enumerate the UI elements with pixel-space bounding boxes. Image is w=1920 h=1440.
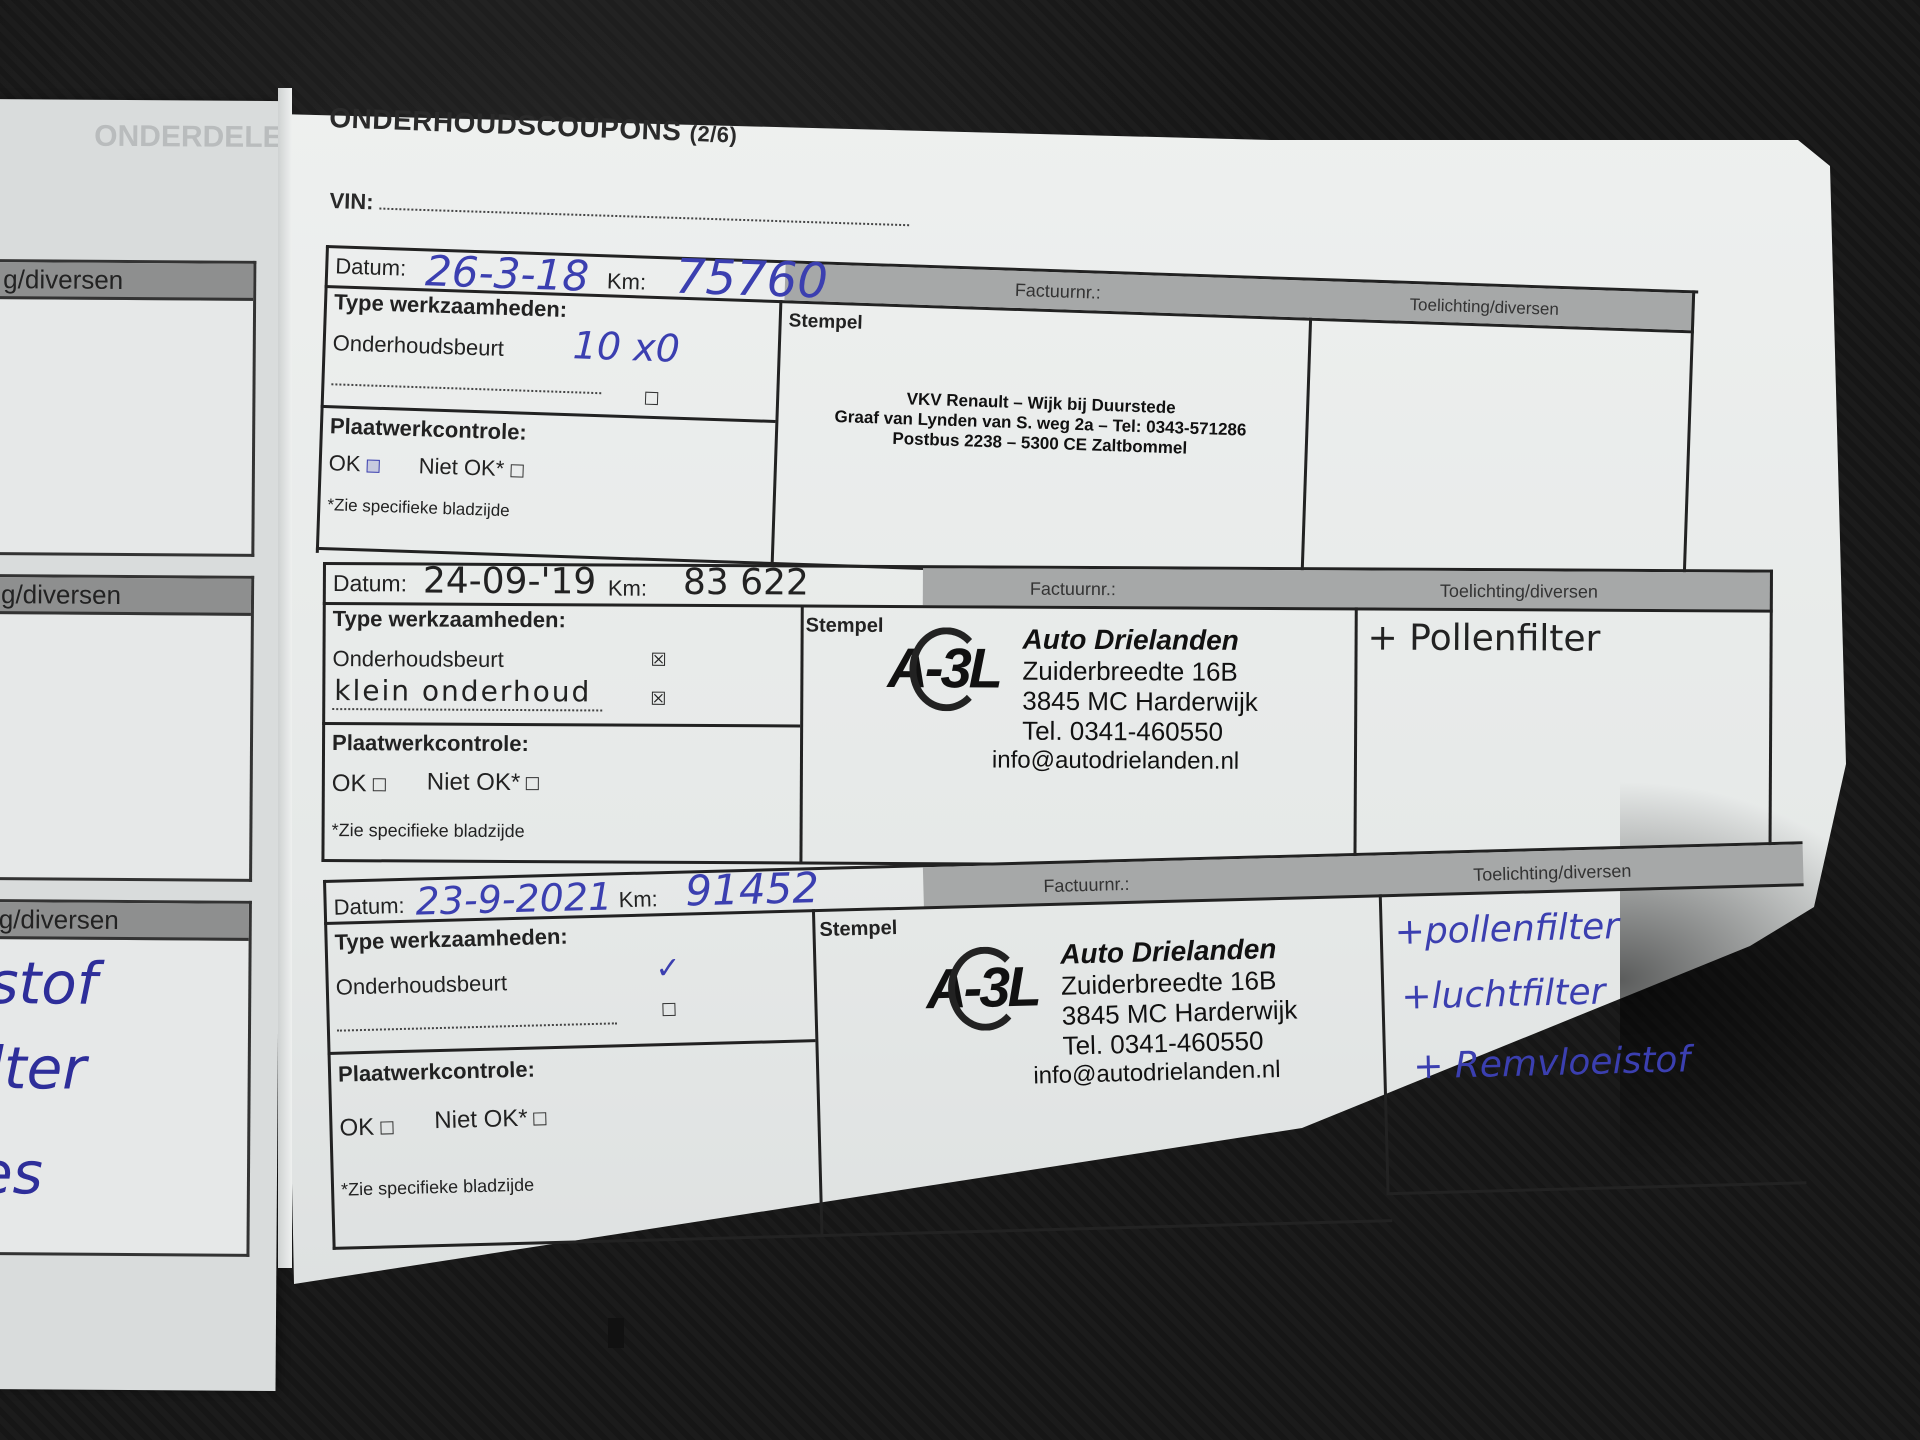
datum-value[interactable]: 23-9-2021 — [415, 874, 613, 923]
stempel-label: Stempel — [806, 615, 884, 638]
stempel-label: Stempel — [819, 917, 897, 942]
type-werkzaamheden-label: Type werkzaamheden: — [334, 924, 568, 956]
page-fold — [278, 88, 292, 1268]
toelichting-header: Toelichting/diversen — [1473, 861, 1632, 886]
left-header: g/diversen — [0, 577, 251, 616]
left-handwriting-1: stof — [0, 949, 97, 1018]
km-label: Km: — [607, 268, 647, 295]
ok-option[interactable]: OK — [328, 450, 380, 478]
stamp-line: Zuiderbreedte 16B — [1022, 656, 1258, 687]
left-page: ONDERDELEN g/diversen g/diversen g/diver… — [0, 99, 284, 1391]
a3l-logo: A-3L — [887, 635, 1000, 701]
niet-ok-checkbox[interactable] — [510, 464, 523, 477]
toelichting-header: Toelichting/diversen — [1440, 581, 1598, 603]
factuurnr-label: Factuurnr.: — [1030, 579, 1116, 600]
stamp-line: Tel. 0341-460550 — [1022, 716, 1258, 747]
onderhoudsbeurt-mark[interactable]: 10 x0 — [572, 323, 681, 371]
onderhoudsbeurt-label: Onderhoudsbeurt — [335, 970, 507, 1000]
footnote: *Zie specifieke bladzijde — [332, 820, 525, 842]
datum-label: Datum: — [335, 253, 407, 281]
dealer-stamp-drielanden: Auto Drielanden Zuiderbreedte 16B 3845 M… — [1060, 933, 1299, 1091]
page-indicator: (2/6) — [689, 121, 738, 148]
datum-value[interactable]: 24-09-'19 — [423, 561, 597, 603]
km-label: Km: — [618, 886, 658, 913]
niet-ok-option[interactable]: Niet OK* — [434, 1104, 547, 1135]
niet-ok-label: Niet OK* — [418, 453, 504, 481]
binding-mark — [608, 1318, 624, 1348]
left-header: g/diversen — [0, 262, 253, 301]
ok-checkbox[interactable] — [372, 778, 385, 791]
datum-label: Datum: — [333, 893, 405, 921]
stamp-line: info@autodrielanden.nl — [992, 746, 1258, 777]
left-handwriting-3: es — [0, 1139, 43, 1207]
toelichting-note[interactable]: +pollenfilter — [1394, 906, 1619, 953]
left-header: g/diversen — [0, 902, 249, 941]
extra-work-value[interactable]: klein onderhoud — [334, 674, 591, 708]
km-value[interactable]: 75760 — [674, 249, 828, 310]
datum-label: Datum: — [333, 570, 407, 597]
onderhoudsbeurt-checkbox-checked[interactable]: ☒ — [650, 650, 666, 671]
niet-ok-option[interactable]: Niet OK* — [427, 769, 540, 798]
km-value[interactable]: 91452 — [685, 863, 820, 915]
vin-label: VIN: — [329, 188, 374, 214]
extra-work-checkbox[interactable] — [645, 392, 658, 405]
niet-ok-label: Niet OK* — [434, 1105, 528, 1134]
dealer-stamp-drielanden: Auto Drielanden Zuiderbreedte 16B 3845 M… — [1022, 624, 1258, 777]
extra-work-line — [332, 708, 602, 711]
coupon-2: Datum: 24-09-'19 Km: 83 622 Factuurnr.: … — [321, 562, 1773, 870]
ok-label: OK — [328, 450, 361, 476]
left-coupon-box-2: g/diversen — [0, 574, 254, 882]
toelichting-note[interactable]: + Remvloeistof — [1413, 1039, 1691, 1087]
ok-label: OK — [332, 770, 367, 797]
ok-checkbox[interactable] — [380, 1121, 393, 1134]
stempel-label: Stempel — [788, 310, 863, 334]
stamp-company: Auto Drielanden — [1023, 624, 1259, 657]
extra-work-line[interactable] — [337, 1022, 617, 1031]
logo-tire-ring — [909, 627, 983, 711]
stamp-line: 3845 MC Harderwijk — [1022, 686, 1258, 717]
niet-ok-option[interactable]: Niet OK* — [418, 453, 523, 482]
coupon-1: Datum: 26-3-18 Km: 75760 Factuurnr.: Toe… — [315, 245, 1695, 610]
a3l-logo: A-3L — [925, 953, 1039, 1021]
km-label: Km: — [608, 575, 647, 601]
stamp-line: info@autodrielanden.nl — [1033, 1055, 1299, 1092]
ok-option[interactable]: OK — [339, 1113, 393, 1142]
factuurnr-label: Factuurnr.: — [1043, 874, 1130, 897]
toelichting-note[interactable]: + Pollenfilter — [1368, 617, 1601, 659]
extra-work-checkbox[interactable] — [662, 1003, 675, 1016]
footnote: *Zie specifieke bladzijde — [341, 1175, 535, 1201]
ok-checkbox-checked[interactable] — [366, 459, 379, 472]
plaatwerkcontrole-label: Plaatwerkcontrole: — [332, 730, 529, 757]
onderhoudsbeurt-checkmark[interactable]: ✓ — [655, 951, 681, 987]
ok-option[interactable]: OK — [332, 770, 386, 798]
toelichting-note[interactable]: +luchtfilter — [1401, 971, 1606, 1017]
factuurnr-label: Factuurnr.: — [1015, 280, 1102, 304]
type-werkzaamheden-label: Type werkzaamheden: — [333, 606, 566, 633]
left-page-ghost-title: ONDERDELEN — [94, 120, 304, 155]
coupon-3: Datum: 23-9-2021 Km: 91452 Factuurnr.: T… — [323, 841, 1812, 1250]
ok-label: OK — [339, 1114, 374, 1142]
left-handwriting-2: lter — [0, 1034, 86, 1103]
left-coupon-box-1: g/diversen — [0, 259, 256, 557]
extra-work-checkbox-checked[interactable]: ☒ — [650, 689, 666, 710]
niet-ok-checkbox[interactable] — [526, 777, 539, 790]
plaatwerkcontrole-label: Plaatwerkcontrole: — [338, 1057, 535, 1088]
onderhoudsbeurt-label: Onderhoudsbeurt — [332, 646, 503, 673]
niet-ok-checkbox[interactable] — [534, 1112, 547, 1125]
km-value[interactable]: 83 622 — [683, 562, 809, 604]
niet-ok-label: Niet OK* — [427, 769, 521, 796]
